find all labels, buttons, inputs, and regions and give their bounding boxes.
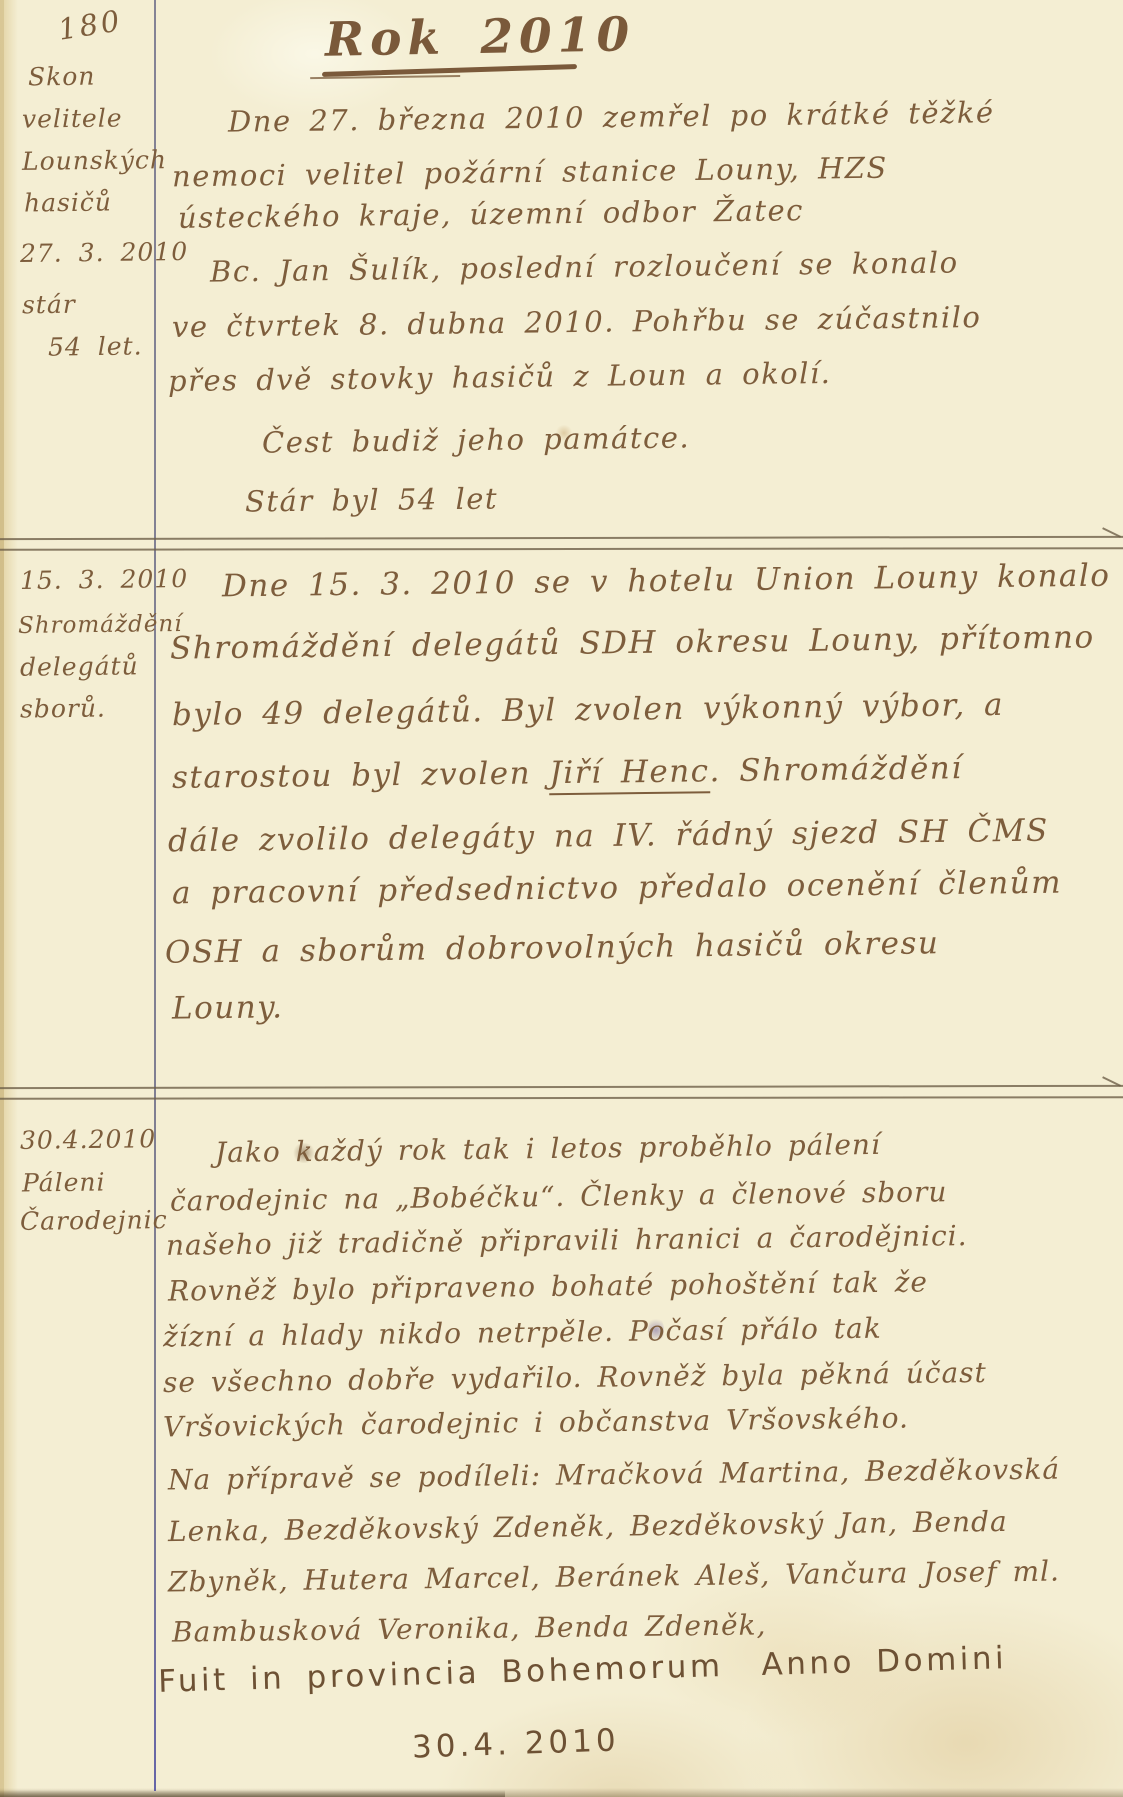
text-line: čarodejnic na „Bobéčku“. Členky a členov… — [170, 1175, 948, 1217]
margin-note-line: Skon — [28, 62, 96, 92]
text-line: Vršovických čarodejnic i občanstva Vršov… — [163, 1401, 909, 1443]
paper-bottom-left-shadow — [0, 1790, 505, 1797]
text-line: a pracovní předsednictvo předalo ocenění… — [172, 865, 1062, 912]
section-divider — [0, 1086, 1123, 1100]
text-line: Dne 15. 3. 2010 se v hotelu Union Louny … — [222, 558, 1111, 605]
divider-line — [0, 536, 1123, 540]
footer-date: 30.4. 2010 — [411, 1722, 620, 1765]
text-line: dále zvolilo delegáty na IV. řádný sjezd… — [168, 813, 1049, 860]
divider-end-hook — [1098, 1076, 1121, 1096]
text-line: OSH a sborům dobrovolných hasičů okresu — [165, 925, 940, 970]
margin-note-date: 27. 3. 2010 — [20, 237, 188, 268]
footer-latin-part1: Fuit in provincia Bohemorum — [158, 1648, 724, 1700]
margin-note-line: 54 let. — [48, 331, 143, 361]
margin-note-date: 30.4.2010 — [20, 1124, 157, 1155]
text-line: Rovněž bylo připraveno bohaté pohoštění … — [168, 1265, 928, 1307]
margin-note-line: hasičů — [24, 187, 112, 217]
text-line: Stár byl 54 let — [245, 481, 498, 518]
text-line: Bc. Jan Šulík, poslední rozloučení se ko… — [210, 245, 959, 288]
chronicle-page: { "page": { "number": "180", "title": "R… — [0, 0, 1123, 1797]
section-divider — [0, 537, 1123, 551]
text-line: našeho již tradičně připravili hranici a… — [166, 1219, 968, 1262]
margin-rule-line — [154, 0, 156, 1791]
text-line: bylo 49 delegátů. Byl zvolen výkonný výb… — [172, 687, 1004, 733]
text-line: nemoci velitel požární stanice Louny, HZ… — [172, 151, 888, 194]
margin-note-date: 15. 3. 2010 — [20, 564, 188, 595]
divider-line — [0, 1096, 1123, 1100]
margin-note-line: velitele — [22, 103, 123, 133]
text-line: Louny. — [172, 989, 284, 1026]
margin-note-line: Lounských — [22, 145, 167, 176]
text-line: Dne 27. března 2010 zemřel po krátké těž… — [228, 95, 995, 138]
margin-note-line: Čarodejnic — [20, 1205, 168, 1236]
text-line: ústeckého kraje, územní odbor Žatec — [178, 193, 804, 235]
text-line: Jako každý rok tak i letos proběhlo pále… — [215, 1128, 881, 1169]
margin-note-line: stár — [22, 290, 76, 320]
margin-note-line: Shromáždění — [18, 611, 183, 639]
text-line: se všechno dobře vydařilo. Rovněž byla p… — [163, 1356, 987, 1399]
footer-latin-part2: Anno Domini — [761, 1640, 1008, 1683]
text-line: Zbyněk, Hutera Marcel, Beránek Aleš, Van… — [168, 1555, 1060, 1599]
margin-note-line: Páleni — [22, 1167, 106, 1197]
text-line: starostou byl zvolen Jiří Henc. Shromážd… — [172, 750, 963, 796]
page-title: Rok 2010 — [325, 7, 636, 67]
text-line: žízní a hlady nikdo netrpěle. Počasí přá… — [163, 1312, 882, 1354]
footer-latin-line: Fuit in provincia BohemorumAnno Domini — [158, 1640, 1008, 1700]
paper-left-edge — [0, 0, 4, 1797]
text-segment: starostou byl zvolen — [172, 755, 550, 796]
text-line: přes dvě stovky hasičů z Loun a okolí. — [168, 356, 832, 398]
text-line: Shromáždění delegátů SDH okresu Louny, p… — [170, 619, 1095, 666]
margin-note-line: delegátů — [20, 651, 139, 681]
text-line: Čest budiž jeho památce. — [262, 420, 690, 459]
text-line: Lenka, Bezděkovský Zdeněk, Bezděkovský J… — [168, 1505, 1008, 1548]
text-segment: . Shromáždění — [709, 750, 963, 789]
divider-end-hook — [1098, 527, 1121, 547]
text-line: ve čtvrtek 8. dubna 2010. Pohřbu se zúča… — [172, 300, 982, 344]
text-line: Bambusková Veronika, Benda Zdeněk, — [172, 1608, 767, 1648]
divider-line — [0, 1085, 1123, 1089]
divider-line — [0, 547, 1123, 551]
margin-note-line: sborů. — [20, 693, 106, 723]
text-line: Na přípravě se podíleli: Mračková Martin… — [168, 1453, 1060, 1497]
elected-name: Jiří Henc — [549, 753, 710, 795]
page-number: 180 — [56, 3, 125, 47]
